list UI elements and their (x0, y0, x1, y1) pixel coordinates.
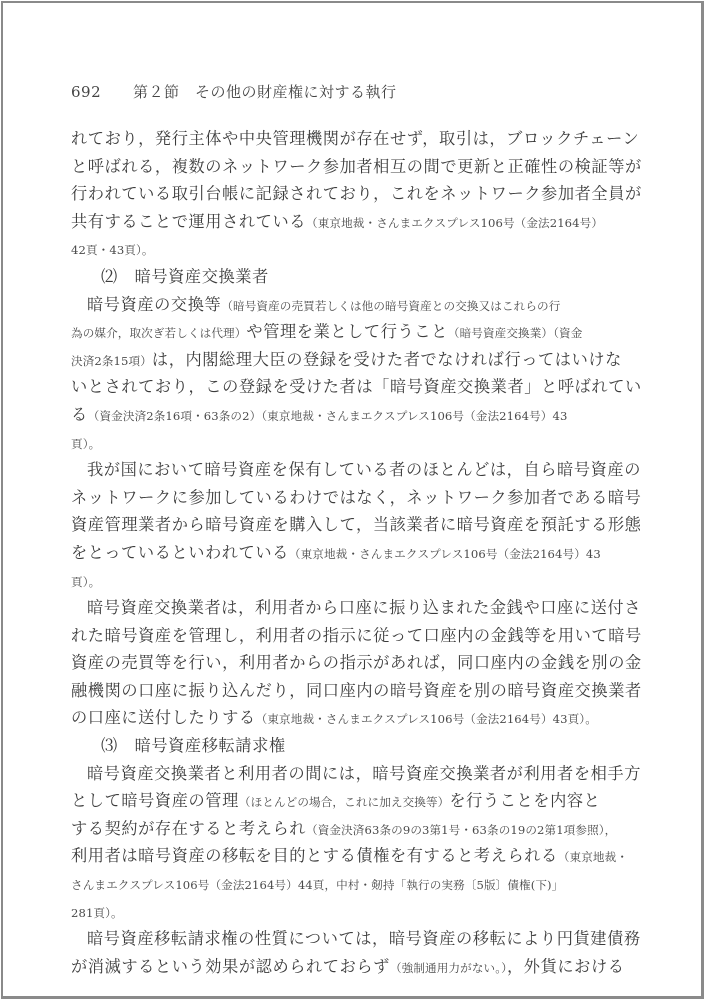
text-line: いとされており，この登録を受けた者は「暗号資産交換業者」と呼ばれてい (71, 373, 616, 401)
body-text-segment: 共有することで運用されている (71, 212, 306, 231)
body-text-segment: をとっているといわれている (71, 543, 289, 562)
body-text-segment: 資産管理業者から暗号資産を購入して，当該業者に暗号資産を預託する形態 (71, 515, 641, 534)
citation-text: （東京地裁・さんまエクスプレス106号（金法2164号） (306, 216, 603, 230)
body-text-segment: は，内閣総理大臣の登録を受けた者でなければ行ってはいけな (152, 350, 622, 369)
body-text-segment: 融機関の口座に振り込んだり，同口座内の暗号資産を別の暗号資産交換業者 (71, 681, 642, 700)
citation-text: 為の媒介，取次ぎ若しくは代理） (71, 326, 246, 340)
section-heading: ⑶ 暗号資産移転請求権 (71, 732, 616, 760)
text-line: 共有することで運用されている（東京地裁・さんまエクスプレス106号（金法2164… (71, 208, 616, 236)
text-line: が消滅するという効果が認められておらず（強制通用力がない。），外貨における (71, 953, 616, 981)
text-line: 暗号資産移転請求権の性質については，暗号資産の移転により円貨建債務 (71, 925, 616, 953)
text-line: る（資金決済2条16項・63条の2）（東京地裁・さんまエクスプレス106号（金法… (71, 401, 616, 429)
citation-text: 決済2条15項） (71, 354, 152, 368)
body-text-segment: 暗号資産交換業者は，利用者から口座に振り込まれた金銭や口座に送付さ (87, 598, 641, 617)
citation-text: （ほとんどの場合，これに加え交換等） (239, 795, 450, 809)
text-line: れた暗号資産を管理し，利用者の指示に従って口座内の金銭等を用いて暗号 (71, 622, 616, 650)
body-text-segment: 暗号資産の交換等 (87, 295, 221, 314)
citation-text: （資金決済2条16項・63条の2）（東京地裁・さんまエクスプレス106号（金法2… (88, 409, 568, 423)
text-line: 頁）。 (71, 567, 616, 595)
body-text-segment: 我が国において暗号資産を保有している者のほとんどは，自ら暗号資産の (87, 460, 641, 479)
body-text: れており，発行主体や中央管理機関が存在せず，取引は，ブロックチェーンと呼ばれる，… (71, 125, 616, 980)
text-line: 為の媒介，取次ぎ若しくは代理）や管理を業として行うこと（暗号資産交換業）（資金 (71, 318, 616, 346)
text-line: 281頁）。 (71, 898, 616, 926)
text-line: をとっているといわれている（東京地裁・さんまエクスプレス106号（金法2164号… (71, 539, 616, 567)
page-number: 692 (71, 83, 133, 101)
text-line: 暗号資産の交換等（暗号資産の売買若しくは他の暗号資産との交換又はこれらの行 (71, 291, 616, 319)
text-line: 暗号資産交換業者と利用者の間には，暗号資産交換業者が利用者を相手方 (71, 760, 616, 788)
body-text-segment: 資産の売買等を行い，利用者からの指示があれば，同口座内の金銭を別の金 (71, 653, 642, 672)
body-text-segment: ，外貨における (507, 957, 625, 976)
body-text-segment: する契約が存在すると考えられ (71, 819, 306, 838)
body-text-segment: る (71, 405, 88, 424)
running-head: 692第２節 その他の財産権に対する執行 (71, 81, 397, 102)
body-text-segment: ネットワークに参加しているわけではなく，ネットワーク参加者である暗号 (71, 488, 641, 507)
citation-text: （東京地裁・さんまエクスプレス106号（金法2164号）43 (289, 547, 601, 561)
citation-text: （暗号資産交換業）（資金 (448, 326, 583, 340)
body-text-segment: として暗号資産の管理 (71, 791, 239, 810)
citation-text: 頁）。 (71, 437, 100, 451)
text-line: さんまエクスプレス106号（金法2164号）44頁，中村・剱持「執行の実務〔5版… (71, 870, 616, 898)
book-page: 692第２節 その他の財産権に対する執行 れており，発行主体や中央管理機関が存在… (1, 1, 704, 999)
text-line: 資産管理業者から暗号資産を購入して，当該業者に暗号資産を預託する形態 (71, 511, 616, 539)
body-text-segment: の口座に送付したりする (71, 708, 256, 727)
text-line: 融機関の口座に振り込んだり，同口座内の暗号資産を別の暗号資産交換業者 (71, 677, 616, 705)
body-text-segment: れた暗号資産を管理し，利用者の指示に従って口座内の金銭等を用いて暗号 (71, 626, 642, 645)
text-line: 資産の売買等を行い，利用者からの指示があれば，同口座内の金銭を別の金 (71, 649, 616, 677)
body-text-segment: いとされており，この登録を受けた者は「暗号資産交換業者」と呼ばれてい (71, 377, 642, 396)
body-text-segment: と呼ばれる，複数のネットワーク参加者相互の間で更新と正確性の検証等が (71, 157, 642, 176)
text-line: の口座に送付したりする（東京地裁・さんまエクスプレス106号（金法2164号）4… (71, 704, 616, 732)
citation-text: （東京地裁・さんまエクスプレス106号（金法2164号）43頁）。 (256, 712, 597, 726)
text-line: ネットワークに参加しているわけではなく，ネットワーク参加者である暗号 (71, 484, 616, 512)
body-text-segment: れており，発行主体や中央管理機関が存在せず，取引は，ブロックチェーン (71, 129, 639, 148)
text-line: 42頁・43頁）。 (71, 235, 616, 263)
citation-text: 頁）。 (71, 575, 100, 589)
body-text-segment: や管理を業として行うこと (246, 322, 447, 341)
citation-text: （資金決済63条の9の3第1号・63条の19の2第1項参照）， (306, 823, 616, 837)
body-text-segment: 暗号資産交換業者と利用者の間には，暗号資産交換業者が利用者を相手方 (87, 764, 641, 783)
text-line: 決済2条15項）は，内閣総理大臣の登録を受けた者でなければ行ってはいけな (71, 346, 616, 374)
text-line: れており，発行主体や中央管理機関が存在せず，取引は，ブロックチェーン (71, 125, 616, 153)
text-line: と呼ばれる，複数のネットワーク参加者相互の間で更新と正確性の検証等が (71, 153, 616, 181)
text-line: する契約が存在すると考えられ（資金決済63条の9の3第1号・63条の19の2第1… (71, 815, 616, 843)
text-line: として暗号資産の管理（ほとんどの場合，これに加え交換等）を行うことを内容と (71, 787, 616, 815)
citation-text: 42頁・43頁）。 (71, 243, 154, 257)
body-text-segment: 行われている取引台帳に記録されており，これをネットワーク参加者全員が (71, 184, 642, 203)
body-text-segment: が消滅するという効果が認められておらず (71, 957, 390, 976)
citation-text: （東京地裁・ (558, 850, 628, 864)
citation-text: （強制通用力がない。） (390, 961, 507, 975)
section-heading: ⑵ 暗号資産交換業者 (71, 263, 616, 291)
body-text-segment: を行うことを内容と (449, 791, 600, 810)
body-text-segment: 利用者は暗号資産の移転を目的とする債権を有すると考えられる (71, 846, 558, 865)
citation-text: 281頁）。 (71, 906, 123, 920)
section-title: 第２節 その他の財産権に対する執行 (133, 83, 397, 101)
citation-text: （暗号資産の売買若しくは他の暗号資産との交換又はこれらの行 (221, 299, 560, 313)
citation-text: さんまエクスプレス106号（金法2164号）44頁，中村・剱持「執行の実務〔5版… (71, 878, 563, 892)
text-line: 暗号資産交換業者は，利用者から口座に振り込まれた金銭や口座に送付さ (71, 594, 616, 622)
text-line: 頁）。 (71, 429, 616, 457)
text-line: 利用者は暗号資産の移転を目的とする債権を有すると考えられる（東京地裁・ (71, 842, 616, 870)
body-text-segment: ⑶ 暗号資産移転請求権 (101, 736, 286, 755)
body-text-segment: ⑵ 暗号資産交換業者 (101, 267, 269, 286)
text-line: 我が国において暗号資産を保有している者のほとんどは，自ら暗号資産の (71, 456, 616, 484)
body-text-segment: 暗号資産移転請求権の性質については，暗号資産の移転により円貨建債務 (87, 929, 641, 948)
text-line: 行われている取引台帳に記録されており，これをネットワーク参加者全員が (71, 180, 616, 208)
